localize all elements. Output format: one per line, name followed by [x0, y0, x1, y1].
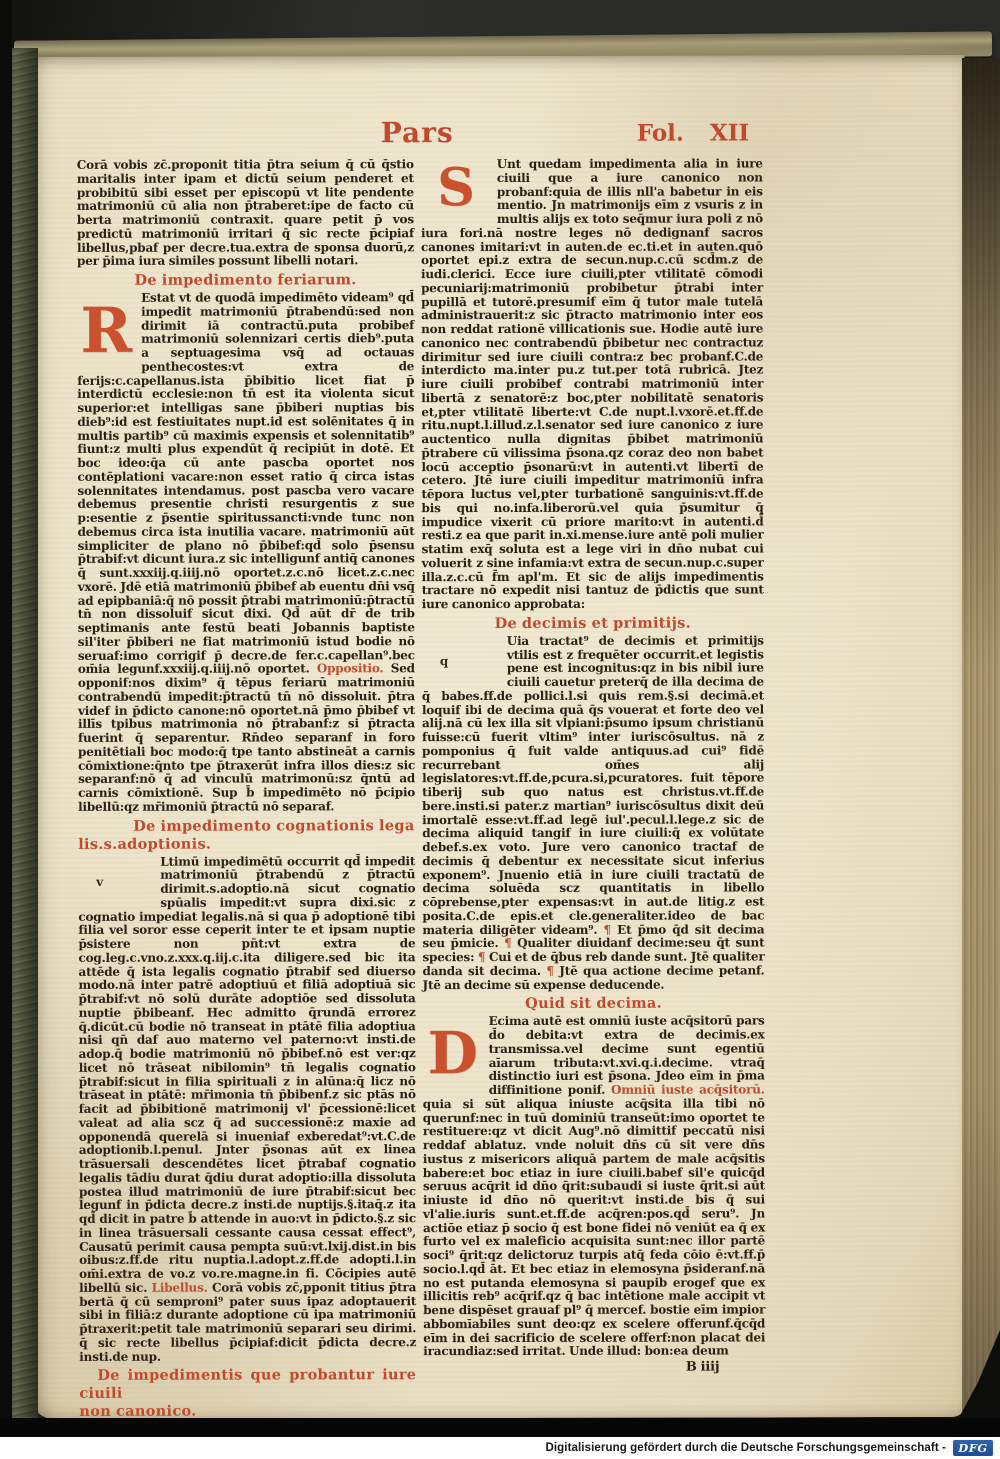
- body-text-run: Sed opponif:nos dixim⁹ q̄ tēpus feriarū …: [78, 661, 415, 813]
- text-paragraph: DEcima autē est omniū iuste acq̄sitorū p…: [423, 1015, 766, 1359]
- text-paragraph: REstat vt de quodā impedimēto videam⁹ qd…: [77, 291, 415, 814]
- page-fore-edge-stack: [962, 58, 1000, 1422]
- rubricated-word: Oppositio.: [317, 661, 384, 675]
- rubric-heading-line: De impedimento feriarum.: [77, 271, 414, 290]
- drop-cap-initial: R: [77, 294, 135, 368]
- rubricated-word: Libellus.: [152, 1280, 208, 1294]
- rubric-heading-line: lis.s.adoptionis.: [78, 835, 415, 854]
- running-title: Pars: [381, 116, 454, 149]
- rubricated-word: ¶: [504, 936, 511, 950]
- book-gutter-shadow: [0, 0, 12, 1459]
- rubricated-word: ¶: [478, 950, 485, 964]
- guide-letter: q: [440, 655, 448, 669]
- dfg-logo: DFG: [953, 1440, 993, 1456]
- folio-label: Fol.: [637, 120, 684, 147]
- rubric-heading: De impedimento cognationis legalis.s.ado…: [78, 817, 415, 854]
- initial-space: v: [78, 855, 160, 910]
- rubricated-word: Omniū iuste acq̄sitorū.: [611, 1082, 765, 1096]
- signature-mark: B iiij: [423, 1360, 765, 1374]
- text-paragraph: Corā vobis zc̄.proponit titia p̄tra seiu…: [77, 158, 414, 269]
- drop-cap-initial: D: [423, 1017, 483, 1089]
- body-text-run: Unt quedam impedimenta alia in iure ciui…: [421, 156, 764, 611]
- initial-space: q: [422, 635, 507, 690]
- text-column-right: SUnt quedam impedimenta alia in iure ciu…: [421, 157, 766, 1374]
- text-paragraph: SUnt quedam impedimenta alia in iure ciu…: [421, 157, 764, 611]
- folio-number: XII: [710, 119, 749, 146]
- rubric-heading-line: De decimis et primitijs.: [422, 614, 764, 633]
- rubric-heading-line: De impedimento cognationis lega: [78, 817, 415, 836]
- book-scan-photo: Pars Fol.XII Corā vobis zc̄.proponit tit…: [0, 0, 1000, 1459]
- body-text-run: quia si sūt aliqua iniuste acq̄sita illa…: [423, 1096, 766, 1358]
- rubric-heading-line: De impedimentis que probantur iure ciuil…: [79, 1366, 416, 1403]
- rubric-heading-line: Quid sit decima.: [423, 995, 765, 1014]
- book-page: Pars Fol.XII Corā vobis zc̄.proponit tit…: [29, 55, 968, 1419]
- scan-background-bar: [0, 1418, 1000, 1438]
- body-text-run: Ltimū impedimētū occurrit qd̄ impedit ma…: [78, 854, 416, 1295]
- body-text-run: Corā vobis zc̄.proponit titia p̄tra seiu…: [77, 157, 414, 268]
- dfg-watermark-bar: Digitalisierung gefördert durch die Deut…: [0, 1437, 1000, 1459]
- rubric-heading: Quid sit decima.: [423, 995, 765, 1014]
- text-paragraph: qUia tractat⁹ de decimis et primitijs vt…: [422, 634, 765, 992]
- folio-indicator: Fol.XII: [637, 119, 750, 146]
- rubric-heading: De impedimento feriarum.: [77, 271, 414, 290]
- text-paragraph: vLtimū impedimētū occurrit qd̄ impedit m…: [78, 855, 416, 1364]
- text-column-left: Corā vobis zc̄.proponit titia p̄tra seiu…: [77, 158, 417, 1423]
- dfg-credit-text: Digitalisierung gefördert durch die Deut…: [545, 1442, 946, 1454]
- rubricated-word: ¶: [603, 922, 610, 936]
- guide-letter: v: [96, 876, 103, 890]
- drop-cap-initial: S: [421, 160, 491, 216]
- rubric-heading: De impedimentis que probantur iure ciuil…: [79, 1366, 416, 1421]
- rubric-heading: De decimis et primitijs.: [422, 614, 764, 633]
